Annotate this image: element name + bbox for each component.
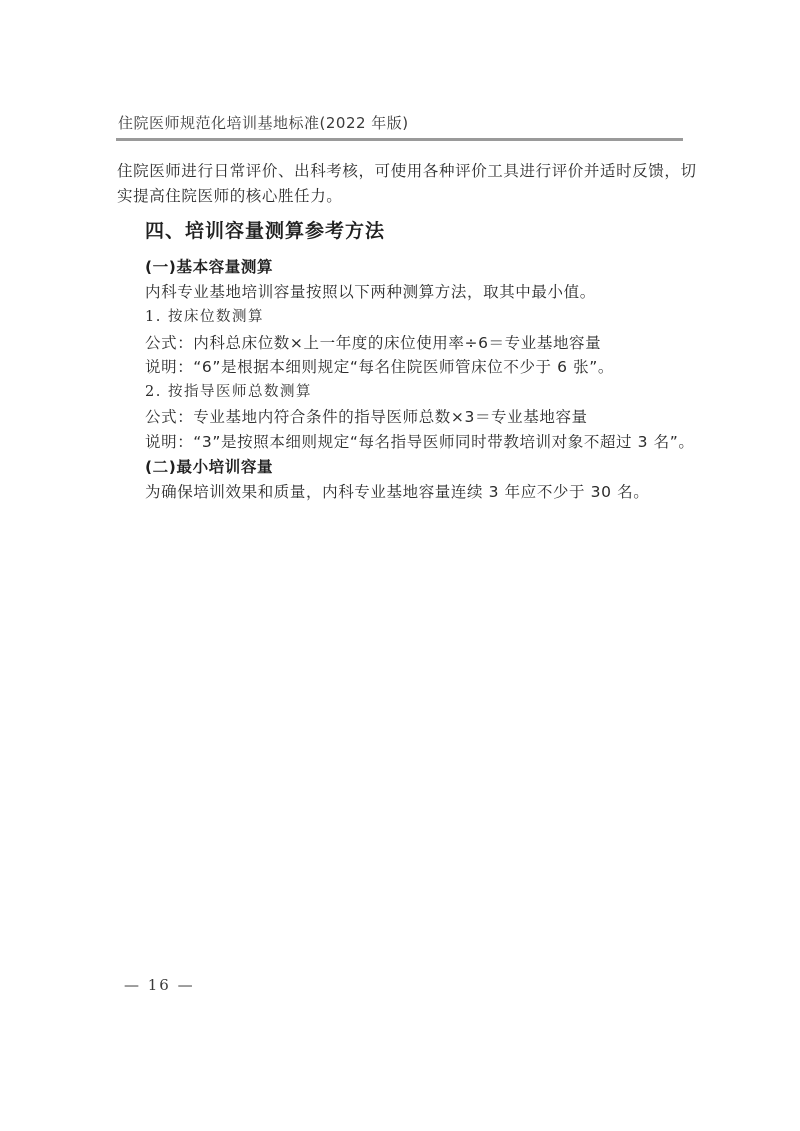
running-header-title: 住院医师规范化培训基地标准(2022 年版)	[118, 112, 409, 133]
method-1-heading: 1. 按床位数测算	[145, 305, 264, 326]
subsection-1-intro: 内科专业基地培训容量按照以下两种测算方法，取其中最小值。	[145, 280, 596, 302]
method-1-formula: 公式：内科总床位数×上一年度的床位使用率÷6＝专业基地容量	[145, 331, 601, 353]
page-number: — 16 —	[124, 976, 195, 994]
method-2-note: 说明：“3”是按照本细则规定“每名指导医师同时带教培训对象不超过 3 名”。	[145, 430, 695, 452]
subsection-2-text: 为确保培训效果和质量，内科专业基地容量连续 3 年应不少于 30 名。	[145, 480, 649, 502]
subsection-1-heading: (一)基本容量测算	[145, 255, 273, 277]
method-2-formula: 公式：专业基地内符合条件的指导医师总数×3＝专业基地容量	[145, 405, 588, 427]
header-rule-divider	[116, 138, 683, 141]
method-1-note: 说明：“6”是根据本细则规定“每名住院医师管床位不少于 6 张”。	[145, 355, 614, 377]
section-title: 四、培训容量测算参考方法	[145, 216, 385, 243]
paragraph-continuation-line-1: 住院医师进行日常评价、出科考核，可使用各种评价工具进行评价并适时反馈，切	[117, 159, 697, 181]
paragraph-continuation-line-2: 实提高住院医师的核心胜任力。	[117, 184, 342, 206]
method-2-heading: 2. 按指导医师总数测算	[145, 380, 312, 401]
subsection-2-heading: (二)最小培训容量	[145, 455, 273, 477]
